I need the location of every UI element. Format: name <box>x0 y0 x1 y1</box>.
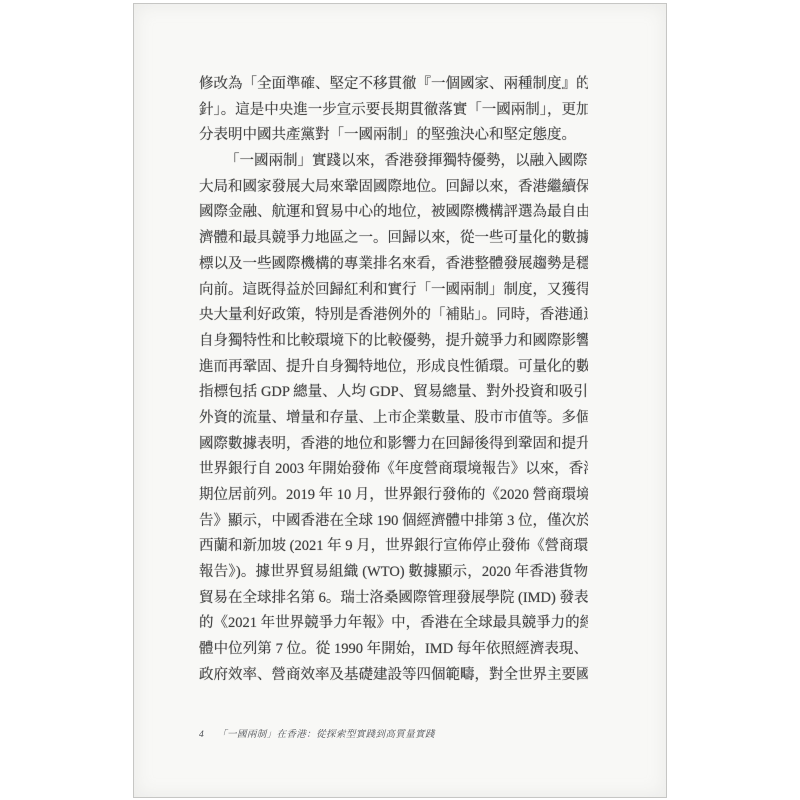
text-line: 指標包括 GDP 總量、人均 GDP、貿易總量、對外投資和吸引 <box>199 380 588 406</box>
text-line: 貿易在全球排名第 6。瑞士洛桑國際管理發展學院 (IMD) 發表 <box>199 586 588 612</box>
text-line: 外資的流量、增量和存量、上市企業數量、股市市值等。多個 <box>199 406 588 432</box>
scan-background: 修改為「全面準確、堅定不移貫徹『一個國家、兩種制度』的方針」。這是中央進一步宣示… <box>0 0 800 800</box>
footer-book-title: 「一國兩制」在香港：從探索型實踐到高質量實踐 <box>217 730 435 740</box>
text-line: 向前。這既得益於回歸紅利和實行「一國兩制」制度，又獲得中 <box>199 278 588 304</box>
text-line: 分表明中國共產黨對「一國兩制」的堅強決心和堅定態度。 <box>199 123 588 149</box>
text-line: 政府效率、營商效率及基礎建設等四個範疇，對全世界主要國家 <box>199 663 588 689</box>
body-text: 修改為「全面準確、堅定不移貫徹『一個國家、兩種制度』的方針」。這是中央進一步宣示… <box>199 72 588 689</box>
text-line: 修改為「全面準確、堅定不移貫徹『一個國家、兩種制度』的方 <box>199 72 588 98</box>
text-line: 進而再鞏固、提升自身獨特地位，形成良性循環。可量化的數據 <box>199 355 588 381</box>
text-line: 濟體和最具競爭力地區之一。回歸以來，從一些可量化的數據指 <box>199 226 588 252</box>
paragraph: 「一國兩制」實踐以來，香港發揮獨特優勢，以融入國際發展大局和國家發展大局來鞏固國… <box>199 149 588 688</box>
book-page: 修改為「全面準確、堅定不移貫徹『一個國家、兩種制度』的方針」。這是中央進一步宣示… <box>133 3 667 798</box>
text-line: 「一國兩制」實踐以來，香港發揮獨特優勢，以融入國際發展 <box>199 149 588 175</box>
text-line: 大局和國家發展大局來鞏固國際地位。回歸以來，香港繼續保持 <box>199 175 588 201</box>
text-line: 央大量利好政策，特別是香港例外的「補貼」。同時，香港通過 <box>199 303 588 329</box>
page-footer: 4「一國兩制」在香港：從探索型實踐到高質量實踐 <box>199 726 599 740</box>
text-line: 標以及一些國際機構的專業排名來看，香港整體發展趨勢是穩步 <box>199 252 588 278</box>
text-line: 報告》)。據世界貿易組織 (WTO) 數據顯示，2020 年香港貨物 <box>199 560 588 586</box>
text-line: 世界銀行自 2003 年開始發佈《年度營商環境報告》以來，香港長 <box>199 457 588 483</box>
paragraph: 修改為「全面準確、堅定不移貫徹『一個國家、兩種制度』的方針」。這是中央進一步宣示… <box>199 72 588 149</box>
text-line: 西蘭和新加坡 (2021 年 9 月，世界銀行宣佈停止發佈《營商環境 <box>199 534 588 560</box>
text-line: 國際金融、航運和貿易中心的地位，被國際機構評選為最自由經 <box>199 200 588 226</box>
text-line: 體中位列第 7 位。從 1990 年開始，IMD 每年依照經濟表現、 <box>199 637 588 663</box>
text-line: 國際數據表明，香港的地位和影響力在回歸後得到鞏固和提升。 <box>199 432 588 458</box>
page-number: 4 <box>199 730 204 740</box>
text-line: 告》顯示，中國香港在全球 190 個經濟體中排第 3 位，僅次於新 <box>199 509 588 535</box>
text-line: 針」。這是中央進一步宣示要長期貫徹落實「一國兩制」，更加充 <box>199 98 588 124</box>
text-line: 期位居前列。2019 年 10 月，世界銀行發佈的《2020 營商環境報 <box>199 483 588 509</box>
text-line: 自身獨特性和比較環境下的比較優勢，提升競爭力和國際影響， <box>199 329 588 355</box>
text-line: 的《2021 年世界競爭力年報》中，香港在全球最具競爭力的經濟 <box>199 611 588 637</box>
